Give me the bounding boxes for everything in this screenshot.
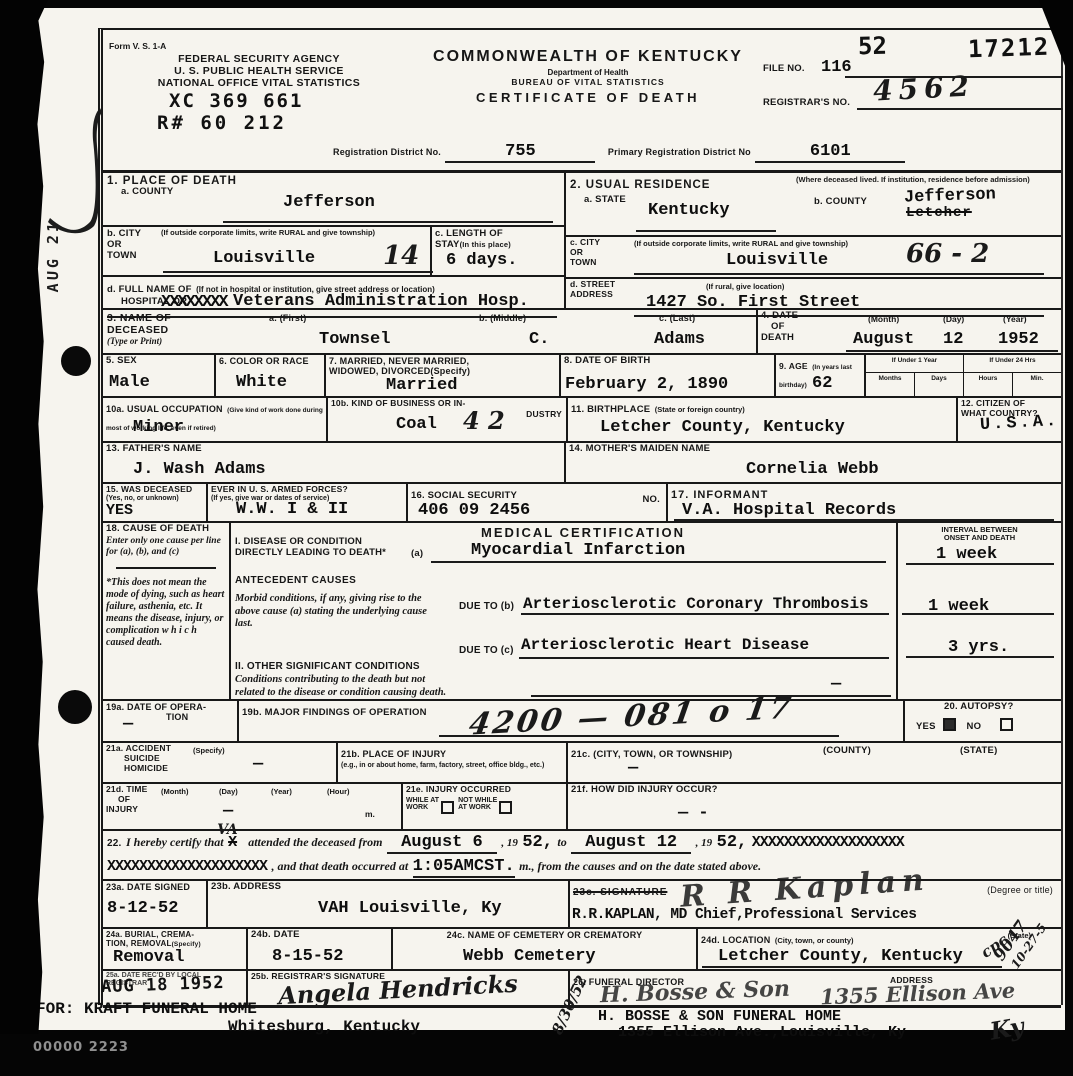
row-place-residence: 1. PLACE OF DEATH a. COUNTY Jefferson b.… (103, 173, 1061, 310)
footer-script-tail: Ky (988, 1011, 1026, 1045)
sec21c-value: — (628, 759, 638, 778)
sec18-note1: Enter only one cause per line for (a), (… (106, 536, 226, 559)
sec23b-address: 23b. ADDRESS VAH Louisville, Ky (208, 881, 570, 927)
sec16-label2: NO. (643, 495, 661, 506)
sec18-i-label: I. DISEASE OR CONDITIONDIRECTLY LEADING … (235, 537, 386, 559)
sec3c-label: c. (Last) (659, 313, 695, 323)
sec15-value1: YES (106, 502, 133, 519)
while-at-work-checkbox (441, 801, 454, 814)
sec21d-col-hour: (Hour) (327, 788, 350, 796)
sec17-line (674, 519, 1054, 521)
sec4-col-day: (Day) (943, 315, 964, 324)
sec11-note: (State or foreign country) (655, 405, 745, 414)
sec16-label: 16. SOCIAL SECURITY (411, 490, 517, 501)
sec23c-degree: (Degree or title) (987, 885, 1053, 895)
sec9-under1yr-label: If Under 1 Year (866, 355, 964, 372)
sec9-under24-label: If Under 24 Hrs (964, 355, 1061, 372)
sec21f-how-injury: 21f. HOW DID INJURY OCCUR? — - (568, 784, 1061, 829)
sec15-armed-forces: EVER IN U. S. ARMED FORCES? (If yes, giv… (208, 484, 408, 521)
sec20-label: 20. AUTOPSY? (944, 702, 1058, 713)
sec10a-occupation: 10a. USUAL OCCUPATION (Give kind of work… (103, 398, 328, 441)
sec4-year-value: 1952 (998, 330, 1039, 349)
sec14-mother: 14. MOTHER'S MAIDEN NAME Cornelia Webb (566, 443, 1061, 482)
sec9-value: 62 (812, 374, 832, 393)
sec17-label: 17. INFORMANT (671, 489, 768, 501)
sec22-text1: I hereby certify that (126, 835, 224, 849)
sec21b-label: 21b. PLACE OF INJURY (341, 749, 446, 759)
row-signature: 23a. DATE SIGNED 8-12-52 23b. ADDRESS VA… (103, 881, 1061, 929)
sec24b-label: 24b. DATE (251, 930, 388, 941)
sec18-ii-label: II. OTHER SIGNIFICANT CONDITIONS (235, 661, 420, 673)
agency-line-2: U. S. PUBLIC HEALTH SERVICE (109, 65, 409, 77)
injury-not-while-at-work: NOT WHILEAT WORK (458, 797, 497, 814)
row-occupation-birthplace: 10a. USUAL OCCUPATION (Give kind of work… (103, 398, 1061, 443)
sec22-comma1: , 19 (501, 837, 518, 849)
sec21c-state-label: (STATE) (960, 746, 997, 757)
sec2c-hand-662: 66 - 2 (906, 239, 989, 269)
sec21f-value: — - (678, 804, 709, 823)
form-header: Form V. S. 1-A FEDERAL SECURITY AGENCY U… (103, 30, 1061, 173)
footer-for-city: Whitesburg, Kentucky (228, 1018, 420, 1036)
sec24d-line (702, 966, 1002, 968)
sec4-line (846, 350, 1058, 352)
sec4-month-value: August (853, 330, 914, 349)
registrar-no-line (857, 90, 1063, 110)
sec24c-label: 24c. NAME OF CEMETERY OR CREMATORY (396, 930, 693, 940)
row-burial: 24a. BURIAL, CREMA-TION, REMOVAL(Specify… (103, 929, 1061, 971)
sec23a-value: 8-12-52 (107, 899, 178, 918)
scan-id-code: 00000 2223 (33, 1040, 129, 1055)
sec21d-time-injury: 21d. TIMEOFINJURY (Month) (Day) (Year) (… (103, 784, 403, 829)
sec2-title: 2. USUAL RESIDENCE (570, 179, 710, 191)
row-operation-autopsy: 19a. DATE OF OPERA-TION — 19b. MAJOR FIN… (103, 701, 1061, 743)
sec22-time-value: 1:05AMCST. (413, 857, 515, 878)
sec1b-line (163, 271, 433, 273)
sec4-col-year: (Year) (1003, 315, 1027, 324)
sec11-label: 11. BIRTHPLACE (571, 404, 650, 415)
sec18-divider (116, 567, 216, 569)
sec23a-date-signed: 23a. DATE SIGNED 8-12-52 (103, 881, 208, 927)
sec26-script-name: H. Bosse & Son (600, 976, 791, 1009)
sec12-value: U.S.A. (980, 412, 1060, 435)
sec19a-value: — (123, 715, 133, 734)
sec21d-col-year: (Year) (271, 788, 292, 796)
sec26-funeral-director: 26. FUNERAL DIRECTOR ADDRESS H. Bosse & … (570, 971, 1061, 1005)
autopsy-no-checkbox (1000, 718, 1013, 731)
sec25b-registrar-signature: 25b. REGISTRAR'S SIGNATURE Angela Hendri… (248, 971, 570, 1005)
sec15-value2: W.W. I & II (236, 500, 348, 519)
sec23b-value: VAH Louisville, Ky (318, 899, 502, 918)
sec13-value: J. Wash Adams (133, 460, 266, 479)
sec8-label: 8. DATE OF BIRTH (564, 356, 771, 367)
sec3c-last-value: Adams (654, 330, 705, 349)
sec24c-value: Webb Cemetery (463, 947, 596, 966)
sec23c-label: 23c. SIGNATURE (573, 887, 667, 898)
sec3-sub: (Type or Print) (107, 336, 235, 347)
sec7-value: Married (386, 376, 457, 395)
sec9-subcolumns: If Under 1 Year If Under 24 Hrs Months D… (866, 355, 1061, 396)
sec18-cause-label-col: 18. CAUSE OF DEATH Enter only one cause … (103, 523, 231, 699)
commonwealth-title: COMMONWEALTH OF KENTUCKY (403, 48, 773, 66)
sec2c-city-value: Louisville (726, 251, 828, 270)
sec21d-value: — (223, 802, 233, 821)
sec22-text2: attended the deceased from (248, 835, 382, 849)
scanned-death-certificate: { "margin": { "side_stamp": "AUG 21", "b… (0, 0, 1073, 1076)
sec18-label: 18. CAUSE OF DEATH (106, 524, 226, 535)
row-accident-place: 21a. ACCIDENTSUICIDEHOMICIDE (Specify) —… (103, 743, 1061, 784)
sec22-text5: m., from the causes and on the date stat… (519, 859, 761, 873)
sec23a-label: 23a. DATE SIGNED (106, 882, 203, 892)
sec24d-note: (City, town, or county) (775, 936, 854, 945)
sec2b-county-struck: Letcher (906, 205, 972, 221)
sec24c-cemetery: 24c. NAME OF CEMETERY OR CREMATORY Webb … (393, 929, 698, 969)
sec11-birthplace: 11. BIRTHPLACE (State or foreign country… (568, 398, 958, 441)
sec16-value: 406 09 2456 (418, 501, 530, 520)
registrar-no-label: REGISTRAR'S NO. (763, 98, 850, 109)
certificate-form: Form V. S. 1-A FEDERAL SECURITY AGENCY U… (98, 28, 1063, 1005)
sec21a-accident: 21a. ACCIDENTSUICIDEHOMICIDE (Specify) — (103, 743, 338, 782)
sec18-a-line (431, 547, 886, 563)
sec12-citizen: 12. CITIZEN OFWHAT COUNTRY? U.S.A. (958, 398, 1061, 441)
sec13-label: 13. FATHER'S NAME (106, 444, 561, 455)
row-medical-certification: 18. CAUSE OF DEATH Enter only one cause … (103, 523, 1061, 701)
sec4-col-month: (Month) (868, 315, 899, 324)
sec2b-label: b. COUNTY (814, 197, 867, 208)
sec18-c-prefix: DUE TO (c) (459, 645, 514, 657)
sec23c-signature: 23c. SIGNATURE (Degree or title) R R Kap… (570, 881, 1061, 927)
sec1c-value: 6 days. (446, 251, 517, 270)
autopsy-no-label: NO (967, 721, 982, 732)
sec21c-city-county-state: 21c. (CITY, TOWN, OR TOWNSHIP) (COUNTY) … (568, 743, 1061, 782)
sec5-sex: 5. SEX Male (103, 355, 216, 396)
sec24a-value: Removal (113, 948, 184, 967)
sec22-number: 22. (107, 838, 122, 849)
sec17-informant: 17. INFORMANT V.A. Hospital Records (668, 484, 1061, 521)
sec15-label1: 15. WAS DECEASED (106, 485, 203, 495)
sec17-value: V.A. Hospital Records (682, 501, 896, 520)
sec3b-label: b. (Middle) (479, 313, 526, 323)
sec1b-note: (If outside corporate limits, write RURA… (161, 229, 431, 237)
sec3b-middle-value: C. (529, 330, 549, 349)
sec9-months-col: Months (866, 373, 915, 396)
sec2-usual-residence: 2. USUAL RESIDENCE (Where deceased lived… (566, 173, 1061, 308)
sec24d-value: Letcher County, Kentucky (718, 947, 963, 966)
sec23c-typed-value: R.R.KAPLAN, MD Chief,Professional Servic… (572, 907, 916, 923)
sec21e-label: 21e. INJURY OCCURRED (406, 785, 563, 795)
autopsy-yes-label: YES (916, 721, 936, 732)
sec21d-m: m. (365, 810, 375, 819)
sec21a-label: 21a. ACCIDENTSUICIDEHOMICIDE (106, 744, 171, 773)
interval-b-line (902, 601, 1054, 615)
sec24d-label: 24d. LOCATION (701, 935, 770, 945)
sec18-a-prefix: (a) (411, 549, 423, 560)
footer-bosse-addr: 1355 Ellison Ave.,Louisville, Ky (618, 1024, 906, 1041)
sec24b-date: 24b. DATE 8-15-52 (248, 929, 393, 969)
sec9-age: 9. AGE (In years last birthday) 62 (776, 355, 866, 396)
sec21d-label: 21d. TIMEOFINJURY (106, 785, 154, 814)
sec21e-injury-occurred: 21e. INJURY OCCURRED WHILE ATWORK NOT WH… (403, 784, 568, 829)
stamp-serial-year: 52 (858, 32, 887, 61)
sec10b-hand: 4 2 (463, 406, 505, 435)
primdist-value: 6101 (755, 142, 905, 163)
interval-c-line (906, 644, 1054, 658)
sec15-was-deceased: 15. WAS DECEASED (Yes, no, or unknown) Y… (103, 484, 208, 521)
sec1c-note: (In this place) (460, 240, 511, 249)
sec9-days-col: Days (915, 373, 964, 396)
sec24a-label: 24a. BURIAL, CREMA-TION, REMOVAL(Specify… (106, 930, 243, 948)
sec18-b-line (521, 599, 889, 615)
sec23b-label: 23b. ADDRESS (211, 882, 565, 893)
certificate-title: CERTIFICATE OF DEATH (403, 90, 773, 105)
sec21a-value: — (253, 755, 263, 774)
sec15-label2: EVER IN U. S. ARMED FORCES? (211, 485, 403, 495)
sec24b-value: 8-15-52 (272, 947, 343, 966)
regdist-label: Registration District No. (333, 147, 441, 157)
autopsy-yes-checkbox (943, 718, 956, 731)
sec21b-place-injury: 21b. PLACE OF INJURY (e.g., in or about … (338, 743, 568, 782)
sec22-to-date: August 12 (571, 833, 691, 854)
sec1b-hand-14: 14 (383, 241, 419, 271)
sec9-min-col: Min. (1013, 373, 1061, 396)
sec8-value: February 2, 1890 (565, 375, 728, 394)
sec9-hours-col: Hours (964, 373, 1013, 396)
sec2a-line (636, 230, 776, 232)
sec10b-value: Coal (396, 415, 437, 434)
sec22-xrow2: XXXXXXXXXXXXXXXXXXXX (107, 858, 267, 875)
sec18-medical-col: MEDICAL CERTIFICATION I. DISEASE OR COND… (231, 523, 898, 699)
agency-line-3: NATIONAL OFFICE VITAL STATISTICS (109, 77, 409, 89)
stamp-r-number: R# 60 212 (157, 112, 409, 134)
footer-for-line: FOR: KRAFT FUNERAL HOME (36, 1000, 257, 1018)
sec3a-label: a. (First) (269, 313, 307, 323)
sec18-morbid-note: Morbid conditions, if any, giving rise t… (235, 593, 445, 631)
sec1a-line (223, 221, 553, 223)
sec1b-city-value: Louisville (213, 249, 315, 268)
sec22-comma2: , 19 (696, 837, 713, 849)
sec9-label: 9. AGE (779, 361, 808, 371)
sec4-title: 4. DATEOFDEATH (761, 311, 815, 344)
sec6-value: White (236, 373, 287, 392)
sec21b-note: (e.g., in or about home, farm, factory, … (341, 762, 551, 770)
medical-cert-title: MEDICAL CERTIFICATION (481, 525, 685, 540)
sec10a-value: Miner (133, 418, 184, 437)
sec5-label: 5. SEX (106, 356, 211, 367)
sec22-from-year: 52, (522, 833, 553, 852)
sec7-label: 7. MARRIED, NEVER MARRIED,WIDOWED, DIVOR… (329, 356, 556, 377)
regdist-value: 755 (445, 142, 595, 163)
sec19b-line (439, 735, 839, 737)
sec3a-first-value: Townsel (319, 330, 390, 349)
sec1d-hospital-value: Veterans Administration Hosp. (233, 292, 529, 311)
sec19b-label: 19b. MAJOR FINDINGS OF OPERATION (242, 707, 427, 718)
sec18-ii-note: Conditions contributing to the death but… (235, 674, 446, 699)
sec4-day-value: 12 (943, 330, 963, 349)
footer-bosse-name: H. BOSSE & SON FUNERAL HOME (598, 1008, 841, 1025)
row-sex-race-age: 5. SEX Male 6. COLOR OR RACE White 7. MA… (103, 355, 1061, 398)
sec21f-label: 21f. HOW DID INJURY OCCUR? (571, 785, 1058, 796)
punch-hole-top (61, 346, 91, 376)
agency-line-1: FEDERAL SECURITY AGENCY (109, 53, 409, 65)
not-while-at-work-checkbox (499, 801, 512, 814)
sec2a-state-value: Kentucky (648, 201, 730, 220)
sec18-note2: *This does not mean the mode of dying, s… (106, 577, 226, 649)
sec21d-col-day: (Day) (219, 788, 238, 796)
sec22-text3: to (557, 835, 566, 849)
punch-hole-bottom (58, 690, 92, 724)
injury-while-at-work: WHILE ATWORK (406, 797, 439, 814)
interval-label: INTERVAL BETWEENONSET AND DEATH (901, 526, 1058, 543)
row-armedforces-ssn-informant: 15. WAS DECEASED (Yes, no, or unknown) Y… (103, 484, 1061, 523)
form-number: Form V. S. 1-A (109, 42, 409, 51)
sec4-date-of-death: 4. DATEOFDEATH (Month) (Day) (Year) Augu… (758, 310, 1061, 353)
sec1a-county-value: Jefferson (283, 193, 375, 212)
sec6-label: 6. COLOR OR RACE (219, 356, 321, 366)
sec24d-location: 24d. LOCATION (City, town, or county) (S… (698, 929, 1061, 969)
sec20-autopsy: 20. AUTOPSY? YES NO (905, 701, 1061, 741)
sec18-antecedent: ANTECEDENT CAUSES (235, 575, 356, 587)
sec10b-label: 10b. KIND OF BUSINESS OR IN- (331, 399, 563, 409)
row-time-injury: 21d. TIMEOFINJURY (Month) (Day) (Year) (… (103, 784, 1061, 831)
sec3-name-of-deceased: 3. NAME OFDECEASED (Type or Print) a. (F… (103, 310, 758, 353)
row-name-dod: 3. NAME OFDECEASED (Type or Print) a. (F… (103, 310, 1061, 355)
sec6-color-race: 6. COLOR OR RACE White (216, 355, 326, 396)
primdist-label: Primary Registration District No (608, 147, 751, 157)
sec11-value: Letcher County, Kentucky (600, 418, 845, 437)
sec22-hand-va: VA (217, 822, 238, 838)
sec16-ssn: 16. SOCIAL SECURITY NO. 406 09 2456 (408, 484, 668, 521)
sec18-c-line (519, 643, 889, 659)
sec10b-label2: DUSTRY (526, 410, 562, 420)
sec19a-date-operation: 19a. DATE OF OPERA-TION — (103, 701, 239, 741)
row-parents: 13. FATHER'S NAME J. Wash Adams 14. MOTH… (103, 443, 1061, 484)
sec10b-industry: 10b. KIND OF BUSINESS OR IN- DUSTRY Coal… (328, 398, 568, 441)
sec18-b-prefix: DUE TO (b) (459, 601, 514, 613)
sec21c-county-label: (COUNTY) (823, 746, 871, 757)
sec21a-note: (Specify) (193, 747, 225, 755)
sec18-interval-col: INTERVAL BETWEENONSET AND DEATH 1 week 1… (898, 523, 1061, 699)
file-no-label: FILE NO. (763, 64, 805, 75)
sec5-value: Male (109, 373, 150, 392)
sec22-text4: , and that death occurred at (271, 859, 408, 873)
sec1-title: 1. PLACE OF DEATH (107, 175, 560, 187)
sec21c-label: 21c. (CITY, TOWN, OR TOWNSHIP) (571, 749, 732, 760)
sec2d-note: (If rural, give location) (706, 283, 784, 291)
sec1c-label: c. LENGTH OF STAY(In this place) (435, 229, 561, 251)
sec10a-label: 10a. USUAL OCCUPATION (106, 404, 223, 414)
sec21d-col-month: (Month) (161, 788, 188, 796)
side-date-stamp: AUG 21 (44, 220, 62, 293)
sec8-dob: 8. DATE OF BIRTH February 2, 1890 (561, 355, 776, 396)
stamp-xc-number: XC 369 661 (169, 90, 409, 112)
interval-a-line (906, 551, 1054, 565)
sec24a-burial: 24a. BURIAL, CREMA-TION, REMOVAL(Specify… (103, 929, 248, 969)
sec26-script-addr: 1355 Ellison Ave (820, 978, 1016, 1010)
sec13-father: 13. FATHER'S NAME J. Wash Adams (103, 443, 566, 482)
sec14-value: Cornelia Webb (746, 460, 879, 479)
sec7-marital: 7. MARRIED, NEVER MARRIED,WIDOWED, DIVOR… (326, 355, 561, 396)
sec3-title: 3. NAME OFDECEASED (107, 312, 235, 336)
sec22-to-year: 52, (717, 833, 748, 852)
sec22-xrow1: XXXXXXXXXXXXXXXXXXX (752, 834, 904, 851)
sec1-place-of-death: 1. PLACE OF DEATH a. COUNTY Jefferson b.… (103, 173, 566, 308)
sec2-title-note: (Where deceased lived. If institution, r… (796, 176, 1056, 184)
sec22-from-date: August 6 (387, 833, 497, 854)
sec25a-stamp: AUG 18 1952 (101, 973, 225, 997)
bureau-line: BUREAU OF VITAL STATISTICS (403, 78, 773, 87)
certificate-paper: Form V. S. 1-A FEDERAL SECURITY AGENCY U… (30, 8, 1065, 1030)
sec2c-line (634, 273, 1044, 275)
sec14-label: 14. MOTHER'S MAIDEN NAME (569, 444, 1058, 455)
sec19b-findings: 19b. MAJOR FINDINGS OF OPERATION 4200 — … (239, 701, 905, 741)
